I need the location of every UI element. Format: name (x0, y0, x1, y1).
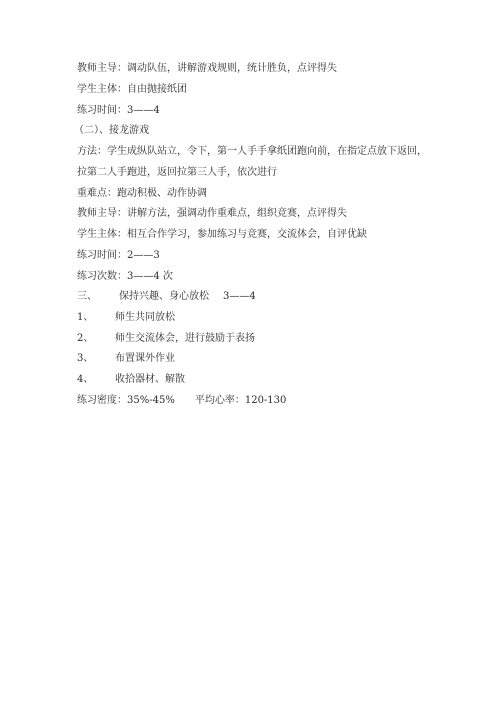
step-text: 师生共同放松 (115, 312, 175, 323)
step-number: 1、 (77, 311, 115, 325)
section-3-title: 保持兴趣、身心放松 (119, 291, 209, 302)
practice-time-line-2: 练习时间：2——3 (77, 249, 160, 263)
teacher-lead-line-2: 教师主导：讲解方法，强调动作重难点，组织竞赛，点评得失 (77, 207, 347, 221)
teacher-lead-line: 教师主导：调动队伍，讲解游戏规则，统计胜负，点评得失 (77, 62, 337, 76)
step-number: 2、 (77, 332, 115, 346)
section-3-heading: 三、保持兴趣、身心放松3——4 (77, 290, 256, 304)
method-line-1: 方法：学生成纵队站立，令下，第一人手手拿纸团跑向前，在指定点放下返回， (77, 145, 427, 159)
step-item: 3、布置课外作业 (77, 352, 175, 366)
document-page: 教师主导：调动队伍，讲解游戏规则，统计胜负，点评得失 学生主体：自由抛接纸团 练… (0, 0, 500, 707)
summary-line: 练习密度：35%-45%平均心率：120-130 (77, 394, 286, 408)
step-text: 师生交流体会，进行鼓励于表扬 (115, 333, 255, 344)
step-item: 2、师生交流体会，进行鼓励于表扬 (77, 332, 255, 346)
step-number: 4、 (77, 373, 115, 387)
practice-density: 练习密度：35%-45% (77, 395, 175, 406)
step-item: 4、收拾器材、解散 (77, 373, 185, 387)
section-3-number: 三、 (77, 291, 97, 302)
average-heart-rate: 平均心率：120-130 (195, 395, 287, 406)
section-heading: （二）、接龙游戏 (74, 124, 149, 138)
step-number: 3、 (77, 352, 115, 366)
key-points-line: 重难点：跑动积极、动作协调 (77, 187, 207, 201)
section-3-time: 3——4 (223, 291, 256, 302)
method-line-2: 拉第二人手跑进，返回拉第三人手，依次进行 (77, 166, 277, 180)
practice-count-line: 练习次数：3——4 次 (77, 270, 173, 284)
student-main-line-2: 学生主体：相互合作学习，参加练习与竞赛，交流体会，自评优缺 (77, 228, 367, 242)
step-text: 布置课外作业 (115, 353, 175, 364)
practice-time-line: 练习时间：3——4 (77, 104, 160, 118)
step-text: 收拾器材、解散 (115, 374, 185, 385)
step-item: 1、师生共同放松 (77, 311, 175, 325)
student-main-line: 学生主体：自由抛接纸团 (77, 83, 187, 97)
